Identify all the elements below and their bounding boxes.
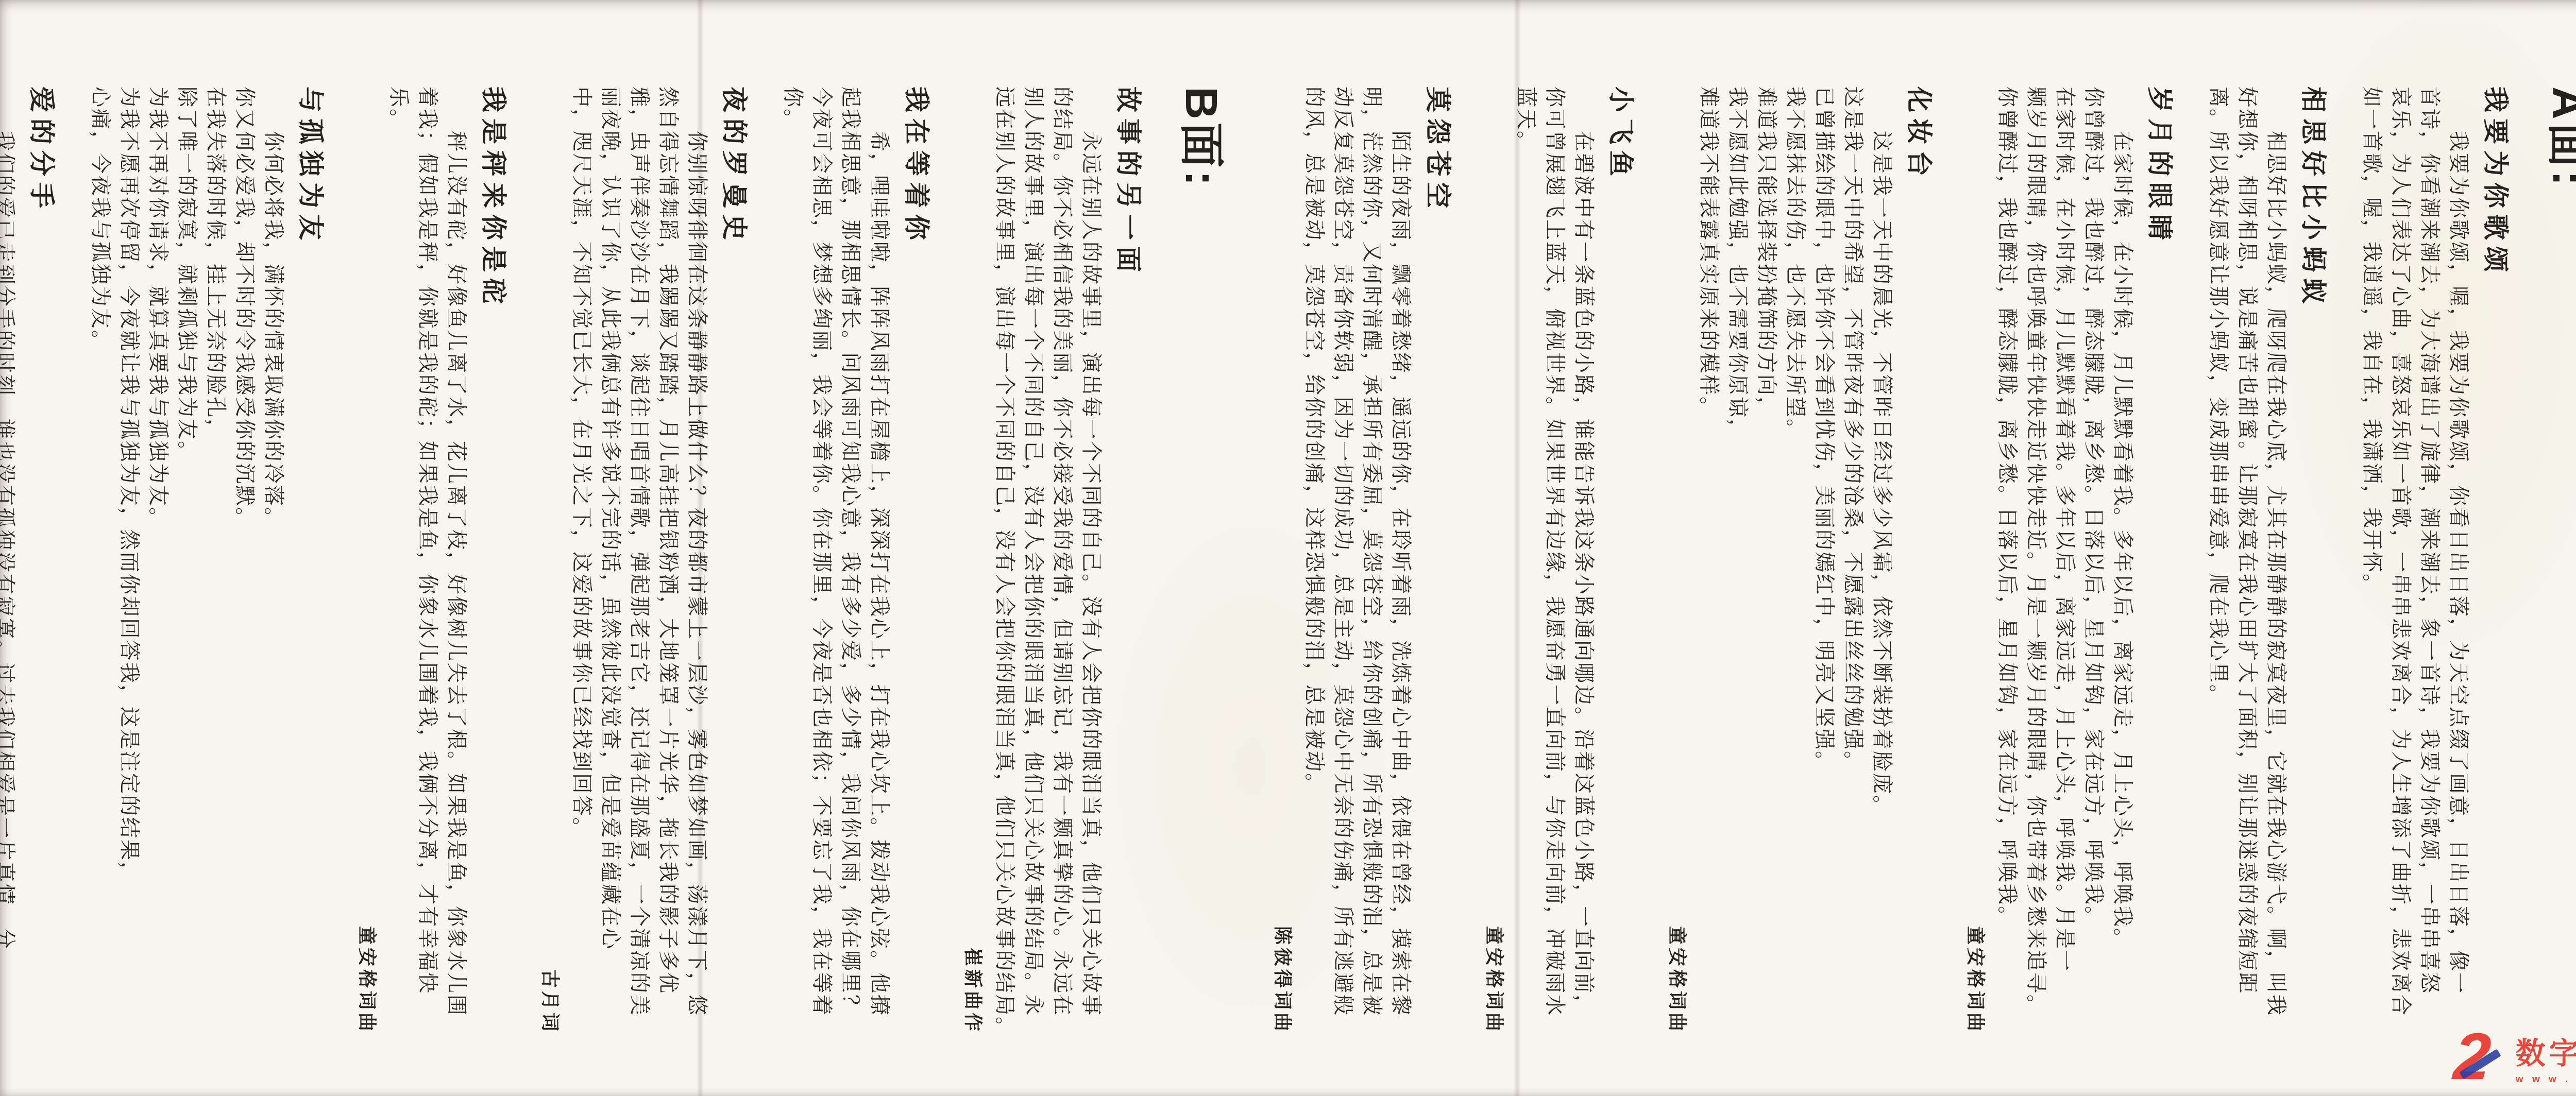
forum-watermark: 2 数字音乐论坛 w w w . s h u z i m u s i c . c…: [2454, 1033, 2576, 1091]
lyric-line: 这是我一天中的晨光，不管昨日经过多少风霜，依然不断装扮着脸庞。: [1868, 87, 1896, 1056]
lyric-line: 如一首歌，喔，我逍遥，我自在，我潇洒，我开怀。: [2358, 87, 2386, 1056]
lyric-line: 动反复莫怨苍空，责备你软弱，因为一切的成功，总是主动，莫怨心中无奈的伤痛，所有逃…: [1329, 87, 1358, 1056]
lyric-line: 明，茫然的你，又何时清醒，承担所有委屈，莫怨苍空，给你的创痛，所有恐惧般的泪，总…: [1358, 87, 1386, 1056]
lyric-line: 为我不再对你请求，就算真要我与孤独为友。: [144, 87, 173, 1056]
song-title: 莫怨苍空: [1421, 87, 1459, 1056]
lyric-line: 相思好比小蚂蚁，爬呀爬在我心底，尤其在那静静的寂寞夜里，它就在我心游弋。啊，叫我: [2262, 87, 2291, 1056]
lyric-line: 难道我只能选择装扮掩饰的方向，: [1752, 87, 1781, 1056]
watermark-text-column: 数字音乐论坛 w w w . s h u z i m u s i c . c o…: [2516, 1039, 2576, 1085]
song-credit: 崔新曲作: [961, 87, 987, 1056]
song-block: 我是秤来你是砣秤儿没有砣，好像鱼儿离了水，花儿离了枝，好像树儿失去了根。如果我是…: [355, 87, 514, 1056]
forum-logo-icon: 2: [2454, 1033, 2507, 1091]
lyric-line: 中，咫尺天涯，不知不觉已长大，在月光之下，这爱的故事你已经找到回答。: [567, 87, 596, 1056]
song-block: 相思好比小蚂蚁相思好比小蚂蚁，爬呀爬在我心底，尤其在那静静的寂寞夜里，它就在我心…: [2204, 87, 2334, 1056]
lyric-line: 今夜可会相思，梦想多绚丽，我会等着你。你在那里，今夜是否也相依；不要忘了我，我在…: [807, 87, 836, 1056]
song-title: 我在等着你: [900, 87, 937, 1056]
song-block: 我要为你歌颂我要为你歌颂，喔，我要为你歌颂，你看日出日落，为天空点缀了画意，日出…: [2358, 87, 2516, 1056]
lyric-line: 着我；假如我是秤，你就是我的砣；如果我是鱼，你象水儿围着我，我俩不分离，才有幸福…: [413, 87, 442, 1056]
song-credit: 古月词: [538, 87, 564, 1056]
lyric-line: 希，哩哇啦啦，阵阵风雨打在屋檐上，深深打在我心上，打在我心坎上。拨动我心弦。他撩: [865, 87, 894, 1056]
lyric-line: 好想你，相呀相思，说是痛苦也甜蜜。让那寂寞在我心田扩大了面积，别让那迷惑的夜缩短…: [2233, 87, 2262, 1056]
lyric-line: 你又何必爱我，却不时的令我感受你的沉默。: [230, 87, 259, 1056]
paper-crease: [697, 0, 704, 1096]
song-block: 化妆台这是我一天中的晨光，不管昨日经过多少风霜，依然不断装扮着脸庞。这是我一天中…: [1665, 87, 1940, 1056]
lyric-line: 你曾醉过，我也醉过，醉态朦胧，离乡愁。日落以后，星月如钩，家在远方，呼唤我。: [1993, 87, 2022, 1056]
lyric-line: 雅，虫声伴奏沙沙在月下，谈起往日唱首情歌，弹起那老吉它，还记得在那盛夏，一个清凉…: [625, 87, 654, 1056]
lyric-line: 然自得忘情舞蹈，我踢踢又踏踏，月儿高挂把银粉洒，大地笼罩一片光华，拖长我的影子多…: [654, 87, 683, 1056]
lyric-line: 你可曾展翅飞上蓝天，俯视世界。如果世界有边缘，我愿奋勇一直向前，与你走向前，冲破…: [1540, 87, 1569, 1056]
song-block: 与孤独为友你何必将我，满怀的情衷取满你的冷落。你又何必爱我，却不时的令我感受你的…: [86, 87, 331, 1056]
song-credit: 童安格词曲: [355, 87, 381, 1056]
song-block: 莫怨苍空陌生的夜雨，飘零着愁绪，遥远的你，在聆听着雨，洗炼着心中曲，依偎在曾经，…: [1270, 87, 1459, 1056]
lyric-line: 的风，总是被动，莫怨苍空，给你的创痛，这样恐惧般的泪，总是被动。: [1300, 87, 1329, 1056]
side-b-label: B面:: [1173, 87, 1238, 1056]
lyric-line: 已曾描绘的眼中，也许你不会看到忧伤，美丽的嫣红中，明亮又坚强。: [1810, 87, 1839, 1056]
song-credit: 童安格词曲: [1482, 87, 1509, 1056]
lyric-line: 你。: [778, 87, 807, 1056]
song-title: 我要为你歌颂: [2479, 87, 2516, 1056]
lyric-line: 我不愿如此勉强，也不需要你原谅，: [1723, 87, 1752, 1056]
lyric-line: 丽夜晚，认识了你，从此我俩总有许多说不完的话，虽然彼此没觉查，但是爱苗蕴藏在心: [596, 87, 625, 1056]
lyric-line: 为我不愿再次停留，今夜就让我与孤独为友，然而你却回答我，这是注定的结果，: [115, 87, 144, 1056]
song-block: 我在等着你希，哩哇啦啦，阵阵风雨打在屋檐上，深深打在我心上，打在我心坎上。拨动我…: [778, 87, 937, 1056]
song-title: 相思好比小蚂蚁: [2297, 87, 2334, 1056]
song-title: 与孤独为友: [294, 87, 331, 1056]
lyric-line: 永远在别人的故事里，演出每一个不同的自己。没有人会把你的眼泪当真，他们只关心故事: [1077, 87, 1106, 1056]
lyric-line: 离。所以我好愿意让那小蚂蚁，变成那串串爱意，爬在我心里。: [2204, 87, 2233, 1056]
paper-crease: [1514, 0, 1521, 1096]
lyric-line: 心痛，今夜我与孤独为友。: [86, 87, 115, 1056]
lyric-line: 在碧波中有一条蓝色的小路，谁能告诉我这条小路通向哪边。沿着这蓝色小路，一直向前，: [1569, 87, 1598, 1056]
song-credit: 童安格词曲: [1963, 87, 1990, 1056]
lyric-line: 我要为你歌颂，喔，我要为你歌颂，你看日出日落，为天空点缀了画意，日出日落，像一: [2444, 87, 2473, 1056]
lyric-line: 你何必将我，满怀的情衷取满你的冷落。: [259, 87, 288, 1056]
lyric-line: 陌生的夜雨，飘零着愁绪，遥远的你，在聆听着雨，洗炼着心中曲，依偎在曾经，摸索在黎: [1386, 87, 1415, 1056]
side-a-song-list: 我要为你歌颂我要为你歌颂，喔，我要为你歌颂，你看日出日落，为天空点缀了画意，日出…: [1270, 87, 2516, 1056]
side-b-song-list: 故事的另一面永远在别人的故事里，演出每一个不同的自己。没有人会把你的眼泪当真，他…: [0, 87, 1149, 1056]
song-block: 爱的分手我们的爱已走到分手的时刻，谁也没有孤独没有寂寞。过去我们相爱是一片真情，…: [0, 87, 62, 1056]
lyric-line: 你曾醉过，我也醉过，醉态朦胧，离乡愁。日落以后，星月如钩，家在远方，呼唤我。: [2079, 87, 2108, 1056]
song-credit: 陈彼得词曲: [1270, 87, 1297, 1056]
lyric-line: 的结局。你不必相信我的美丽，你不必接受我的爱情，但请别忘记，我有一颗真挚的心。永…: [1048, 87, 1077, 1056]
song-title: 岁月的眼睛: [2143, 87, 2180, 1056]
lyric-line: 我们的爱已走到分手的时刻，谁也没有孤独没有寂寞。过去我们相爱是一片真情，分: [0, 87, 19, 1056]
lyric-line: 别人的故事里，演出每一个不同的自己，没有人会把你的眼泪当真，他们只关心故事的结局…: [1019, 87, 1048, 1056]
scanned-lyric-sheet: 87’ 新起点 （冈小芬演唱） A面: 我要为你歌颂我要为你歌颂，喔，我要为你歌…: [0, 0, 2576, 1096]
lyric-line: 在家时候，在小时候，月儿默默看着我。多年以后，离家远走，月上心头，呼唤我。: [2108, 87, 2137, 1056]
lyric-line: 起我相思意，那相思情长。问风雨可知我心意，我有多少爱，多少情，我问你风雨，你在哪…: [836, 87, 865, 1056]
lyric-line: 颗岁月的眼睛，你也呼唤童年快快走近快快走近。月是一颗岁月的眼睛，你也带着乡愁来追…: [2022, 87, 2050, 1056]
song-block: 小飞鱼在碧波中有一条蓝色的小路，谁能告诉我这条小路通向哪边。沿着这蓝色小路，一直…: [1482, 87, 1641, 1056]
song-title: 夜的罗曼史: [718, 87, 755, 1056]
watermark-url: w w w . s h u z i m u s i c . c o m: [2516, 1074, 2576, 1085]
lyric-line: 在我失落的时候，挂上无奈的脸孔，: [201, 87, 230, 1056]
lyric-line: 秤儿没有砣，好像鱼儿离了水，花儿离了枝，好像树儿失去了根。如果我是鱼，你象水儿围: [442, 87, 471, 1056]
song-block: 夜的罗曼史你别惊呀徘徊在这条静静路上做什么？夜的都市蒙上一层沙，雾色如梦如画，荡…: [538, 87, 755, 1056]
song-block: 故事的另一面永远在别人的故事里，演出每一个不同的自己。没有人会把你的眼泪当真，他…: [961, 87, 1149, 1056]
song-title: 爱的分手: [25, 87, 62, 1056]
song-title: 故事的另一面: [1112, 87, 1149, 1056]
lyric-line: 这是我一天中的希望，不管昨夜有多少的沧桑，不愿露出丝丝的勉强。: [1839, 87, 1868, 1056]
lyric-line: 哀乐，为人们表达了心曲，喜怒哀乐如一首歌，一串串悲欢离合，为人生增添了曲折，悲欢…: [2386, 87, 2415, 1056]
lyric-line: 远在别人的故事里，演出每一个不同的自己，没有人会把你的眼泪当真，他们只关心故事的…: [990, 87, 1019, 1056]
song-credit: 童安格词曲: [1665, 87, 1691, 1056]
lyric-line: 首诗，你看潮来潮去，为大海谱出了旋律，潮来潮去，象一首诗，我要为你歌颂，一串串喜…: [2415, 87, 2444, 1056]
lyric-line: 难道我不能表露真实原来的模样。: [1694, 87, 1723, 1056]
lyric-line: 在家时候，在小时候，月儿默默看着我。多年以后，离家远走，月上心头，呼唤我。月是一: [2050, 87, 2079, 1056]
song-title: 化妆台: [1903, 87, 1940, 1056]
watermark-title: 数字音乐论坛: [2516, 1039, 2576, 1069]
paper-page: 87’ 新起点 （冈小芬演唱） A面: 我要为你歌颂我要为你歌颂，喔，我要为你歌…: [0, 0, 2576, 1096]
lyric-line: 除了唯一的寂寞，就剩孤独与我为友。: [173, 87, 201, 1056]
side-a-label: A面:: [2540, 87, 2576, 1056]
song-block: 岁月的眼睛在家时候，在小时候，月儿默默看着我。多年以后，离家远走，月上心头，呼唤…: [1963, 87, 2180, 1056]
lyric-line: 我不愿抹去的伤，也不愿失去所望。: [1781, 87, 1810, 1056]
lyric-line: 乐。: [384, 87, 413, 1056]
song-title: 小飞鱼: [1604, 87, 1641, 1056]
song-title: 我是秤来你是砣: [477, 87, 514, 1056]
